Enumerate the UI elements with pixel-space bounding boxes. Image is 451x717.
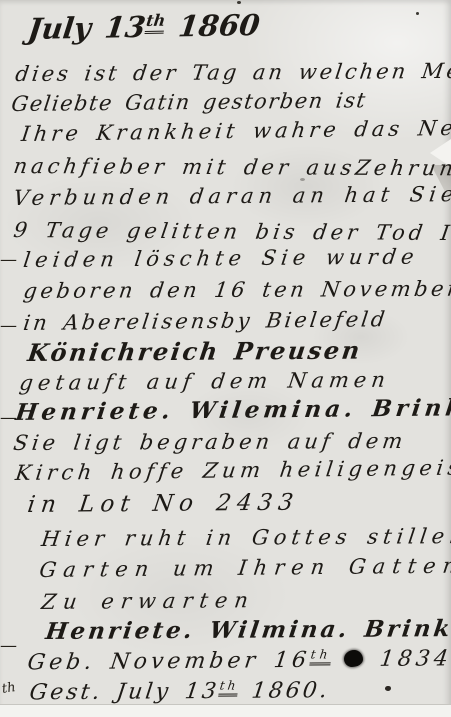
- line-geb-date: Geb. November 16th 1834: [26, 646, 451, 675]
- margin-dash: —: [0, 316, 17, 336]
- scanned-document-page: { "document": { "paper_color": "#e3e2de"…: [0, 0, 451, 717]
- ink-blot: [344, 650, 363, 667]
- line-lot-number: in Lot No 2433: [26, 490, 301, 518]
- line-text: Gest. July 13: [28, 679, 221, 705]
- margin-dash: —: [0, 250, 17, 270]
- line-name-henriete: Henriete. Wilemina. Brinkman: [14, 394, 451, 426]
- line-zu-erwarten: Zu erwarten: [40, 588, 257, 614]
- line-leiden: leiden löschte Sie wurde: [22, 245, 420, 272]
- margin-squiggle: th: [1, 680, 17, 697]
- line-text: 1860.: [236, 678, 331, 704]
- margin-dash: —: [0, 636, 17, 656]
- line-koenigreich-preusen: Könichreich Preusen: [26, 336, 364, 367]
- line-name-henriete-2: Henriete. Wilmina. Brinkmann: [44, 615, 451, 645]
- line-geboren: geboren den 16 ten November 1834: [22, 276, 451, 303]
- line-text: 1860: [162, 8, 261, 44]
- line-date-heading: July 13th 1860: [26, 8, 262, 46]
- line-nervenfieber: nachfieber mit der ausZehrung: [12, 154, 451, 180]
- ink-speck: [416, 12, 419, 15]
- line-geliebte-gatin: Geliebte Gatin gestorben ist: [10, 88, 368, 116]
- line-begraben: Sie ligt begraben auf dem: [12, 429, 408, 455]
- line-hier-ruht: Hier ruht in Gottes stillen: [40, 524, 451, 551]
- line-text: Geb. November 16: [26, 648, 312, 675]
- margin-dash: —: [0, 408, 17, 428]
- line-getauft: getauft auf dem Namen: [18, 368, 392, 395]
- ink-speck: [237, 1, 241, 4]
- paper-bottom-edge: [0, 704, 451, 717]
- line-ort-bielefeld: in Aberelisensby Bielefeld: [22, 307, 389, 335]
- line-text: July 13: [26, 10, 148, 46]
- line-dies-ist-der-tag: dies ist der Tag an welchen Mein.: [14, 59, 451, 86]
- line-neun-tage: 9 Tage gelitten bis der Tod Ihre: [12, 218, 451, 245]
- line-garten-gatten: Garten um Ihren Gatten: [38, 554, 451, 582]
- scan-edge-shadow: [0, 0, 5, 704]
- line-verbunden: Verbunden daran an hat Sie: [12, 182, 451, 210]
- line-gest-date: Gest. July 13th 1860.: [28, 678, 331, 705]
- ordinal-superscript: th: [309, 647, 332, 665]
